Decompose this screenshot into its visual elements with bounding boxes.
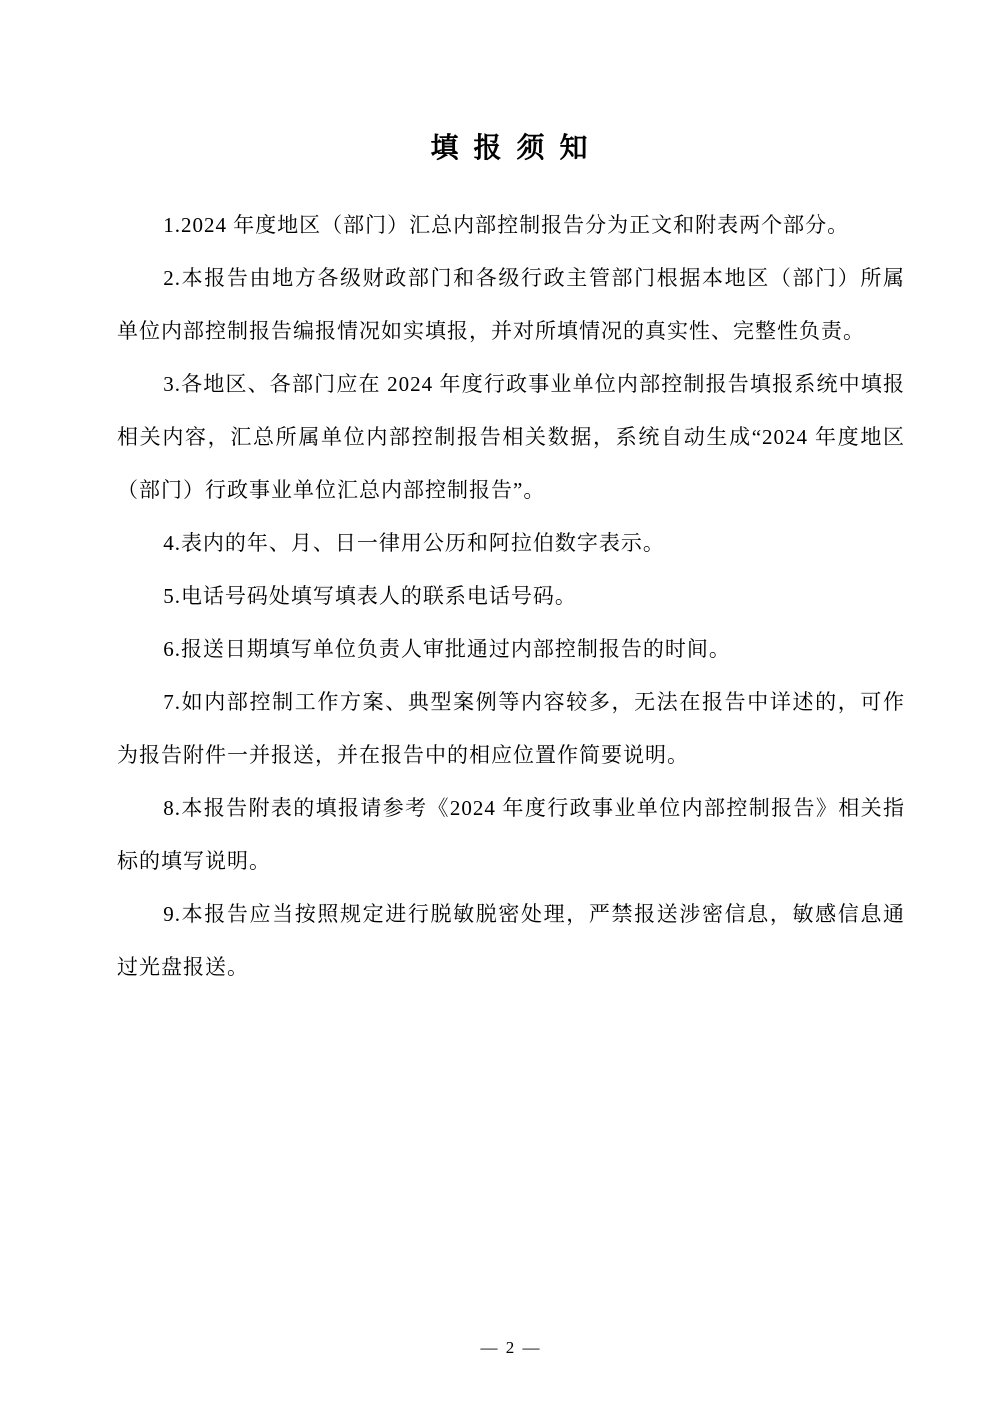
notice-item-9: 9.本报告应当按照规定进行脱敏脱密处理，严禁报送涉密信息，敏感信息通过光盘报送。: [117, 888, 905, 994]
notice-item-7: 7.如内部控制工作方案、典型案例等内容较多，无法在报告中详述的，可作为报告附件一…: [117, 676, 905, 782]
document-page: 填 报 须 知 1.2024 年度地区（部门）汇总内部控制报告分为正文和附表两个…: [0, 0, 992, 1403]
notice-item-3: 3.各地区、各部门应在 2024 年度行政事业单位内部控制报告填报系统中填报相关…: [117, 358, 905, 517]
notice-item-6: 6.报送日期填写单位负责人审批通过内部控制报告的时间。: [117, 623, 905, 676]
notice-item-4: 4.表内的年、月、日一律用公历和阿拉伯数字表示。: [117, 517, 905, 570]
notice-item-1: 1.2024 年度地区（部门）汇总内部控制报告分为正文和附表两个部分。: [117, 199, 905, 252]
notice-item-5: 5.电话号码处填写填表人的联系电话号码。: [117, 570, 905, 623]
notice-item-2: 2.本报告由地方各级财政部门和各级行政主管部门根据本地区（部门）所属单位内部控制…: [117, 252, 905, 358]
document-title: 填 报 须 知: [117, 126, 905, 166]
page-number: — 2 —: [117, 1338, 905, 1358]
notice-item-8: 8.本报告附表的填报请参考《2024 年度行政事业单位内部控制报告》相关指标的填…: [117, 782, 905, 888]
notice-body: 1.2024 年度地区（部门）汇总内部控制报告分为正文和附表两个部分。 2.本报…: [117, 199, 905, 994]
